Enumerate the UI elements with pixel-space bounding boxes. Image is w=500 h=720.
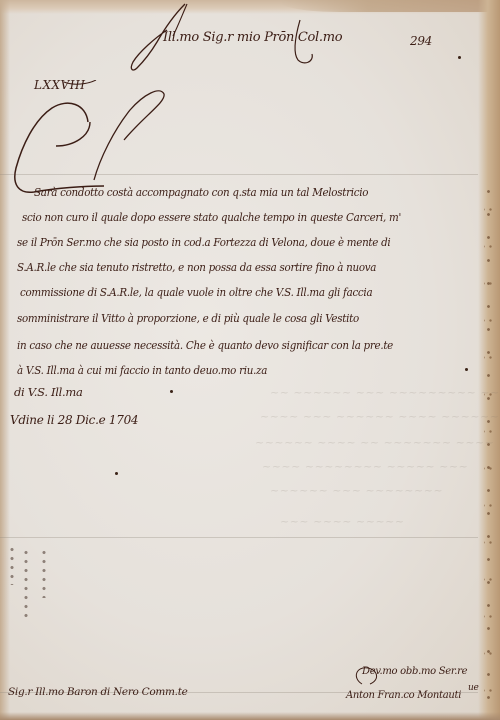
- top-right-stain: [280, 0, 500, 12]
- fold-line: [0, 537, 478, 538]
- bleed-through-text: ~~~~~~ ~~~~ ~~ ~~~~~~~ ~~~~: [255, 436, 494, 449]
- body-line: scio non curo il quale dopo essere stato…: [22, 211, 401, 224]
- signature-trailing: ue: [468, 683, 479, 693]
- ink-dot: [465, 368, 468, 371]
- fold-line: [0, 174, 478, 175]
- bleed-through-text: ~~~~ ~~~ ~~~~~~ ~~~~ ~~~~~~: [260, 410, 499, 423]
- bleed-through-text: ~~~~~~ ~~~ ~~~~~~~~: [270, 484, 443, 497]
- manuscript-page: ~~ ~~~~~~ ~~~ ~~~~~~~~~ ~~~~~ ~~~~ ~~~ ~…: [0, 0, 500, 720]
- body-line: commissione di S.A.R.le, la quale vuole …: [20, 286, 372, 299]
- bleed-through-text: ~~~ ~~~~ ~~~~~: [280, 515, 405, 528]
- bleed-through-text: ~~~~ ~~~~~~~~ ~~~~~ ~~~: [262, 460, 468, 473]
- margin-mark: [24, 548, 28, 618]
- ink-dot: [115, 472, 118, 475]
- decorative-initial-s-icon: [4, 80, 184, 200]
- folio-number: 294: [410, 34, 432, 48]
- closing-address: di V.S. Ill.ma: [14, 385, 83, 399]
- bottom-edge: [0, 712, 500, 720]
- body-line: se il Prōn Ser.mo che sia posto in cod.a…: [17, 236, 390, 249]
- signature-closing: Dev.mo obb.mo Ser.re: [362, 666, 467, 677]
- salutation: Ill.mo Sig.r mio Prōn Col.mo: [163, 30, 342, 45]
- place-and-date: Vdine li 28 Dic.e 1704: [10, 413, 138, 427]
- bleed-through-text: ~~ ~~~~~~ ~~~ ~~~~~~~~~ ~~~~~: [270, 386, 500, 399]
- signature-name: Anton Fran.co Montauti: [346, 690, 461, 701]
- body-line: à V.S. Ill.ma à cui mi faccio in tanto d…: [17, 364, 267, 377]
- body-line: Sarà condotto costà accompagnato con q.s…: [34, 186, 368, 199]
- body-line: S.A.R.le che sia tenuto ristretto, e non…: [17, 261, 376, 274]
- ink-dot: [170, 390, 173, 393]
- margin-mark: [42, 548, 46, 598]
- body-line: somministrare il Vitto à proporzione, e …: [17, 312, 359, 325]
- left-edge-shadow: [0, 0, 10, 720]
- roman-numeral: LXXVIII: [34, 78, 85, 92]
- margin-mark: [10, 545, 14, 585]
- recipient: Sig.r Ill.mo Baron di Nero Comm.te: [8, 686, 188, 698]
- ink-dot: [458, 56, 461, 59]
- body-line: in caso che ne auuesse necessità. Che è …: [17, 339, 393, 352]
